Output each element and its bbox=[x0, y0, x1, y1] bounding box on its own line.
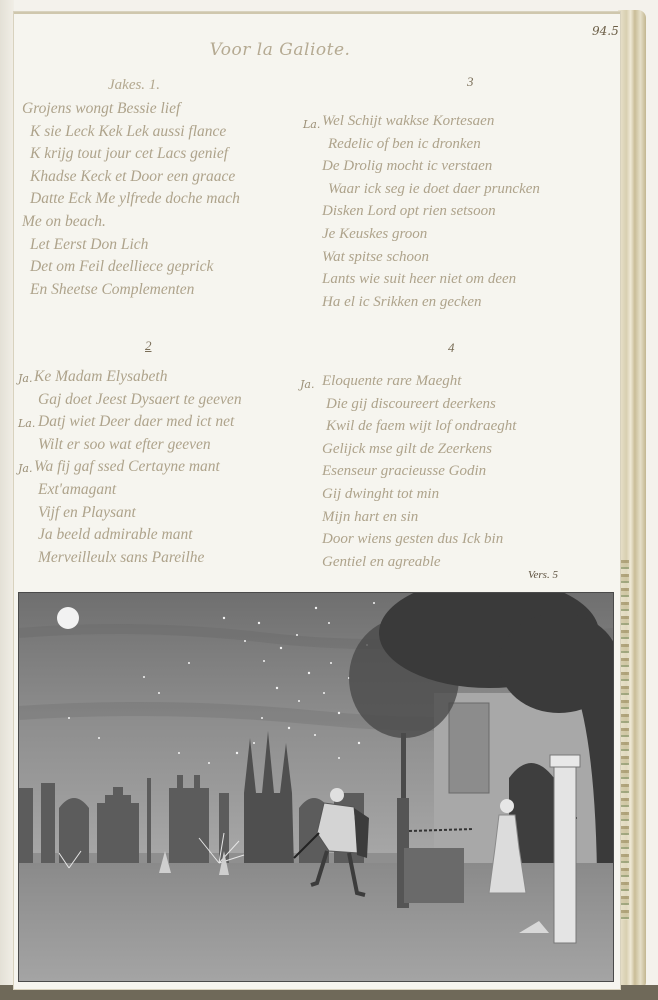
stanza-1-line: Khadse Keck et Door een graace bbox=[22, 166, 240, 189]
stanza-2-line: Vijf en Playsant bbox=[34, 502, 242, 525]
moon bbox=[57, 607, 79, 629]
stanza-2-line: Merveilleulx sans Pareilhe bbox=[34, 547, 242, 570]
stanza-4-line: Gentiel en agreable bbox=[322, 551, 516, 574]
stanza-1: Grojens wongt Bessie lief K sie Leck Kek… bbox=[22, 98, 240, 301]
book-gutter bbox=[0, 0, 14, 1000]
stanza-3-line: De Drolig mocht ic verstaen bbox=[322, 155, 540, 178]
stanza-4-line: Door wiens gesten dus Ick bin bbox=[322, 528, 516, 551]
gate-post bbox=[554, 763, 576, 943]
stanza-4: Eloquente rare Maeght Die gij discoureer… bbox=[322, 370, 516, 573]
stanza-3-line: Wel Schijt wakkse Kortesaen bbox=[322, 110, 540, 133]
stanza-2-line: Ja beeld admirable mant bbox=[34, 524, 242, 547]
stanza-4-line: Gelijck mse gilt de Zeerkens bbox=[322, 438, 516, 461]
stanza-2-line: Wa fij gaf ssed Certayne mant bbox=[34, 456, 242, 479]
stanza-3-line: Wat spitse schoon bbox=[322, 246, 540, 269]
stanza-1-heading: Jakes. 1. bbox=[108, 77, 160, 94]
stanza-3: Wel Schijt wakkse Kortesaen Redelic of b… bbox=[322, 110, 540, 313]
stanza-3-line: Lants wie suit heer niet om deen bbox=[322, 268, 540, 291]
stanza-4-line: Esenseur gracieusse Godin bbox=[322, 460, 516, 483]
stanza-1-line: Me on beach. bbox=[22, 211, 240, 234]
stanza-2-line: Datj wiet Deer daer med ict net bbox=[34, 411, 242, 434]
page-edge-marbling bbox=[621, 560, 629, 920]
stanza-2-line: Ke Madam Elysabeth bbox=[34, 366, 242, 389]
stanza-3-line: Ha el ic Srikken en gecken bbox=[322, 291, 540, 314]
illustration-night-scene bbox=[18, 592, 614, 982]
stanza-1-line: Grojens wongt Bessie lief bbox=[22, 98, 240, 121]
stanza-1-line: K krijg tout jour cet Lacs genief bbox=[22, 143, 240, 166]
stanza-2: Ke Madam Elysabeth Gaj doet Jeest Dysaer… bbox=[34, 366, 242, 569]
grisaille-painting bbox=[19, 593, 613, 981]
page-title: Voor la Galiote. bbox=[200, 40, 360, 60]
stanza-3-line: Disken Lord opt rien setsoon bbox=[322, 200, 540, 223]
stanza-1-line: En Sheetse Complementen bbox=[22, 279, 240, 302]
stanza-4-line: Mijn hart en sin bbox=[322, 506, 516, 529]
stanza-2-line: Wilt er soo wat efter geeven bbox=[34, 434, 242, 457]
speaker-mark: Ja. bbox=[18, 372, 32, 385]
verse-mark: Vers. 5 bbox=[528, 569, 558, 581]
stanza-3-line: Redelic of ben ic dronken bbox=[322, 133, 540, 156]
stanza-4-line: Die gij discoureert deerkens bbox=[322, 393, 516, 416]
stanza-2-number: 2 bbox=[145, 338, 152, 354]
stanza-1-line: Det om Feil deelliece geprick bbox=[22, 256, 240, 279]
stanza-3-number: 3 bbox=[467, 74, 474, 90]
stanza-1-line: Let Eerst Don Lich bbox=[22, 234, 240, 257]
speaker-mark: Ja. bbox=[300, 378, 314, 391]
stanza-1-line: Datte Eck Me ylfrede doche mach bbox=[22, 188, 240, 211]
stanza-4-number: 4 bbox=[448, 340, 455, 356]
stanza-4-line: Eloquente rare Maeght bbox=[322, 370, 516, 393]
speaker-mark: Ja. bbox=[18, 462, 32, 475]
stanza-2-line: Gaj doet Jeest Dysaert te geeven bbox=[34, 389, 242, 412]
stanza-4-line: Gij dwinght tot min bbox=[322, 483, 516, 506]
stanza-3-line: Je Keuskes groon bbox=[322, 223, 540, 246]
stanza-1-line: K sie Leck Kek Lek aussi flance bbox=[22, 121, 240, 144]
stanza-4-line: Kwil de faem wijt lof ondraeght bbox=[322, 415, 516, 438]
stanza-2-line: Ext'amagant bbox=[34, 479, 242, 502]
speaker-mark: La. bbox=[18, 417, 35, 430]
folio-number: 94.5 bbox=[592, 24, 619, 38]
stanza-3-line: Waar ick seg ie doet daer pruncken bbox=[322, 178, 540, 201]
speaker-mark: La. bbox=[303, 118, 320, 131]
